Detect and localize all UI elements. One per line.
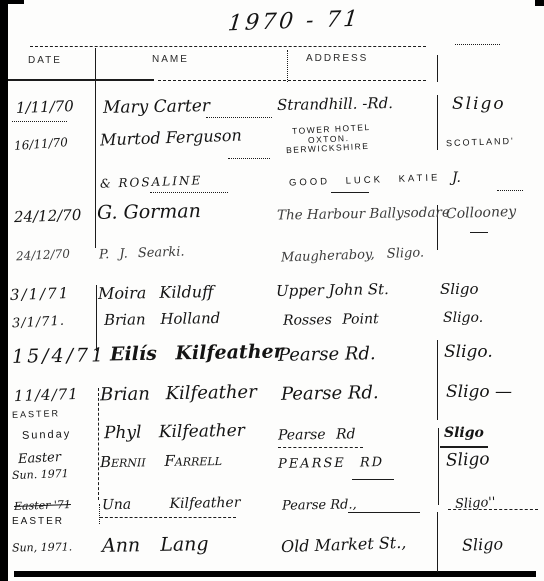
entry-name: & ROSALINE <box>100 174 203 190</box>
entry-county: Sligo. <box>443 311 483 325</box>
entry-county: SCOTLAND' <box>446 137 515 148</box>
entry-date: 16/11/70 <box>14 136 69 152</box>
entry-name: Murtod Ferguson <box>100 128 242 149</box>
column-header-address: ADDRESS <box>306 54 368 64</box>
entry-name: Ann Lang <box>102 535 209 556</box>
entry-date: 3/1/71. <box>12 315 66 331</box>
county-underline <box>440 446 488 448</box>
column-divider-address-county-1 <box>437 55 438 82</box>
column-divider-name-address <box>287 50 288 82</box>
entry-date: Sun, 1971. <box>12 541 72 553</box>
entry-name: Brian Holland <box>104 311 221 328</box>
entry-date-line2: Sun. 1971 <box>12 468 69 481</box>
entry-address: Maugheraboy, Sligo. <box>281 247 424 265</box>
entry-name: P. J. Searki. <box>99 246 185 262</box>
entry-date: 11/4/71 <box>14 387 79 404</box>
entry-address: The Harbour Ballysodare <box>277 206 450 223</box>
scan-edge-top-right <box>535 0 544 6</box>
county-dash <box>470 232 488 233</box>
entry-county: J. <box>452 171 461 185</box>
column-divider-date-name <box>95 48 96 248</box>
entry-date-note: EASTER <box>12 517 64 527</box>
entry-county: Collooney <box>446 205 517 221</box>
entry-address: Pearse Rd. <box>278 345 376 365</box>
date-guide-dots <box>12 121 67 122</box>
entry-address: GOOD LUCK KATIE <box>289 173 441 188</box>
entry-date: 24/12/70 <box>16 248 70 263</box>
entry-date: Easter <box>18 451 62 466</box>
header-bottom-rule-right <box>158 80 426 81</box>
entry-address-line3: BERWICKSHIRE <box>286 142 370 155</box>
county-rule <box>448 509 538 510</box>
entry-address: Pearse Rd., <box>282 498 357 512</box>
entry-name: Phyl Kilfeather <box>104 423 245 442</box>
entry-address: Rosses Point <box>283 312 379 328</box>
entry-address: PEARSE RD <box>278 456 384 471</box>
county-guide-dots <box>497 190 523 191</box>
header-top-rule <box>30 46 426 47</box>
scan-edge-bottom <box>14 571 536 577</box>
entry-date: 15/4/71 <box>12 346 107 367</box>
entry-address: Old Market St., <box>281 535 407 555</box>
entry-county: Sligo <box>444 426 484 440</box>
column-divider-address-county-4 <box>437 340 438 420</box>
entry-name: Mary Carter <box>103 98 210 117</box>
entry-county: Sligo <box>446 451 490 470</box>
name-underline <box>100 517 236 518</box>
scan-edge-top-left <box>8 0 24 4</box>
column-divider-date-name-3 <box>98 388 99 500</box>
entry-name: Una Kilfeather <box>102 496 241 512</box>
name-guide-dots <box>206 117 272 118</box>
column-divider-address-county-6 <box>437 512 438 572</box>
address-underline <box>331 192 369 193</box>
entry-county: Sligo <box>462 536 504 553</box>
entry-date-note: EASTER <box>12 409 60 420</box>
entry-date: Sunday <box>22 429 72 442</box>
column-header-name: NAME <box>152 55 189 65</box>
entry-name: Brian Kilfeather <box>100 384 257 405</box>
entry-name: G. Gorman <box>97 202 201 223</box>
entry-address: Pearse Rd. <box>281 384 379 404</box>
entry-date-struck: Easter '71 <box>14 499 71 512</box>
entry-address: Strandhill. -Rd. <box>277 96 393 113</box>
entry-county: Sligo. <box>444 344 493 361</box>
entry-county: Sligo — <box>446 384 512 401</box>
name-guide-dots <box>228 158 270 159</box>
entry-date: 1/11/70 <box>16 99 74 116</box>
entry-date: 24/12/70 <box>14 208 82 225</box>
column-divider-date-name-2 <box>96 285 97 351</box>
address-underline <box>278 447 363 448</box>
address-underline <box>352 479 394 480</box>
entry-county: Sligo <box>452 96 506 113</box>
name-guide-dots <box>150 192 228 193</box>
column-divider-address-county-2 <box>437 95 438 150</box>
scan-gutter-left <box>0 0 8 581</box>
entry-address: Upper John St. <box>276 282 389 299</box>
column-header-date: DATE <box>28 56 62 66</box>
column-divider-address-county-5 <box>438 428 439 505</box>
register-title: 1970 - 71 <box>227 9 362 36</box>
entry-county: Sligo <box>440 282 479 297</box>
header-top-rule-right <box>455 44 500 45</box>
entry-date: 3/1/71 <box>10 286 71 303</box>
column-divider-date-name-4 <box>99 504 100 524</box>
entry-name: Bernii Farrell <box>100 453 222 470</box>
guest-register-page: 1970 - 71 DATE NAME ADDRESS 1/11/70 Mary… <box>0 0 544 581</box>
address-dash <box>348 512 420 513</box>
entry-name: Eilís Kilfeather <box>110 342 284 364</box>
header-bottom-rule-left <box>8 79 154 81</box>
entry-address: Pearse Rd <box>278 427 356 442</box>
entry-name: Moira Kilduff <box>98 284 214 302</box>
